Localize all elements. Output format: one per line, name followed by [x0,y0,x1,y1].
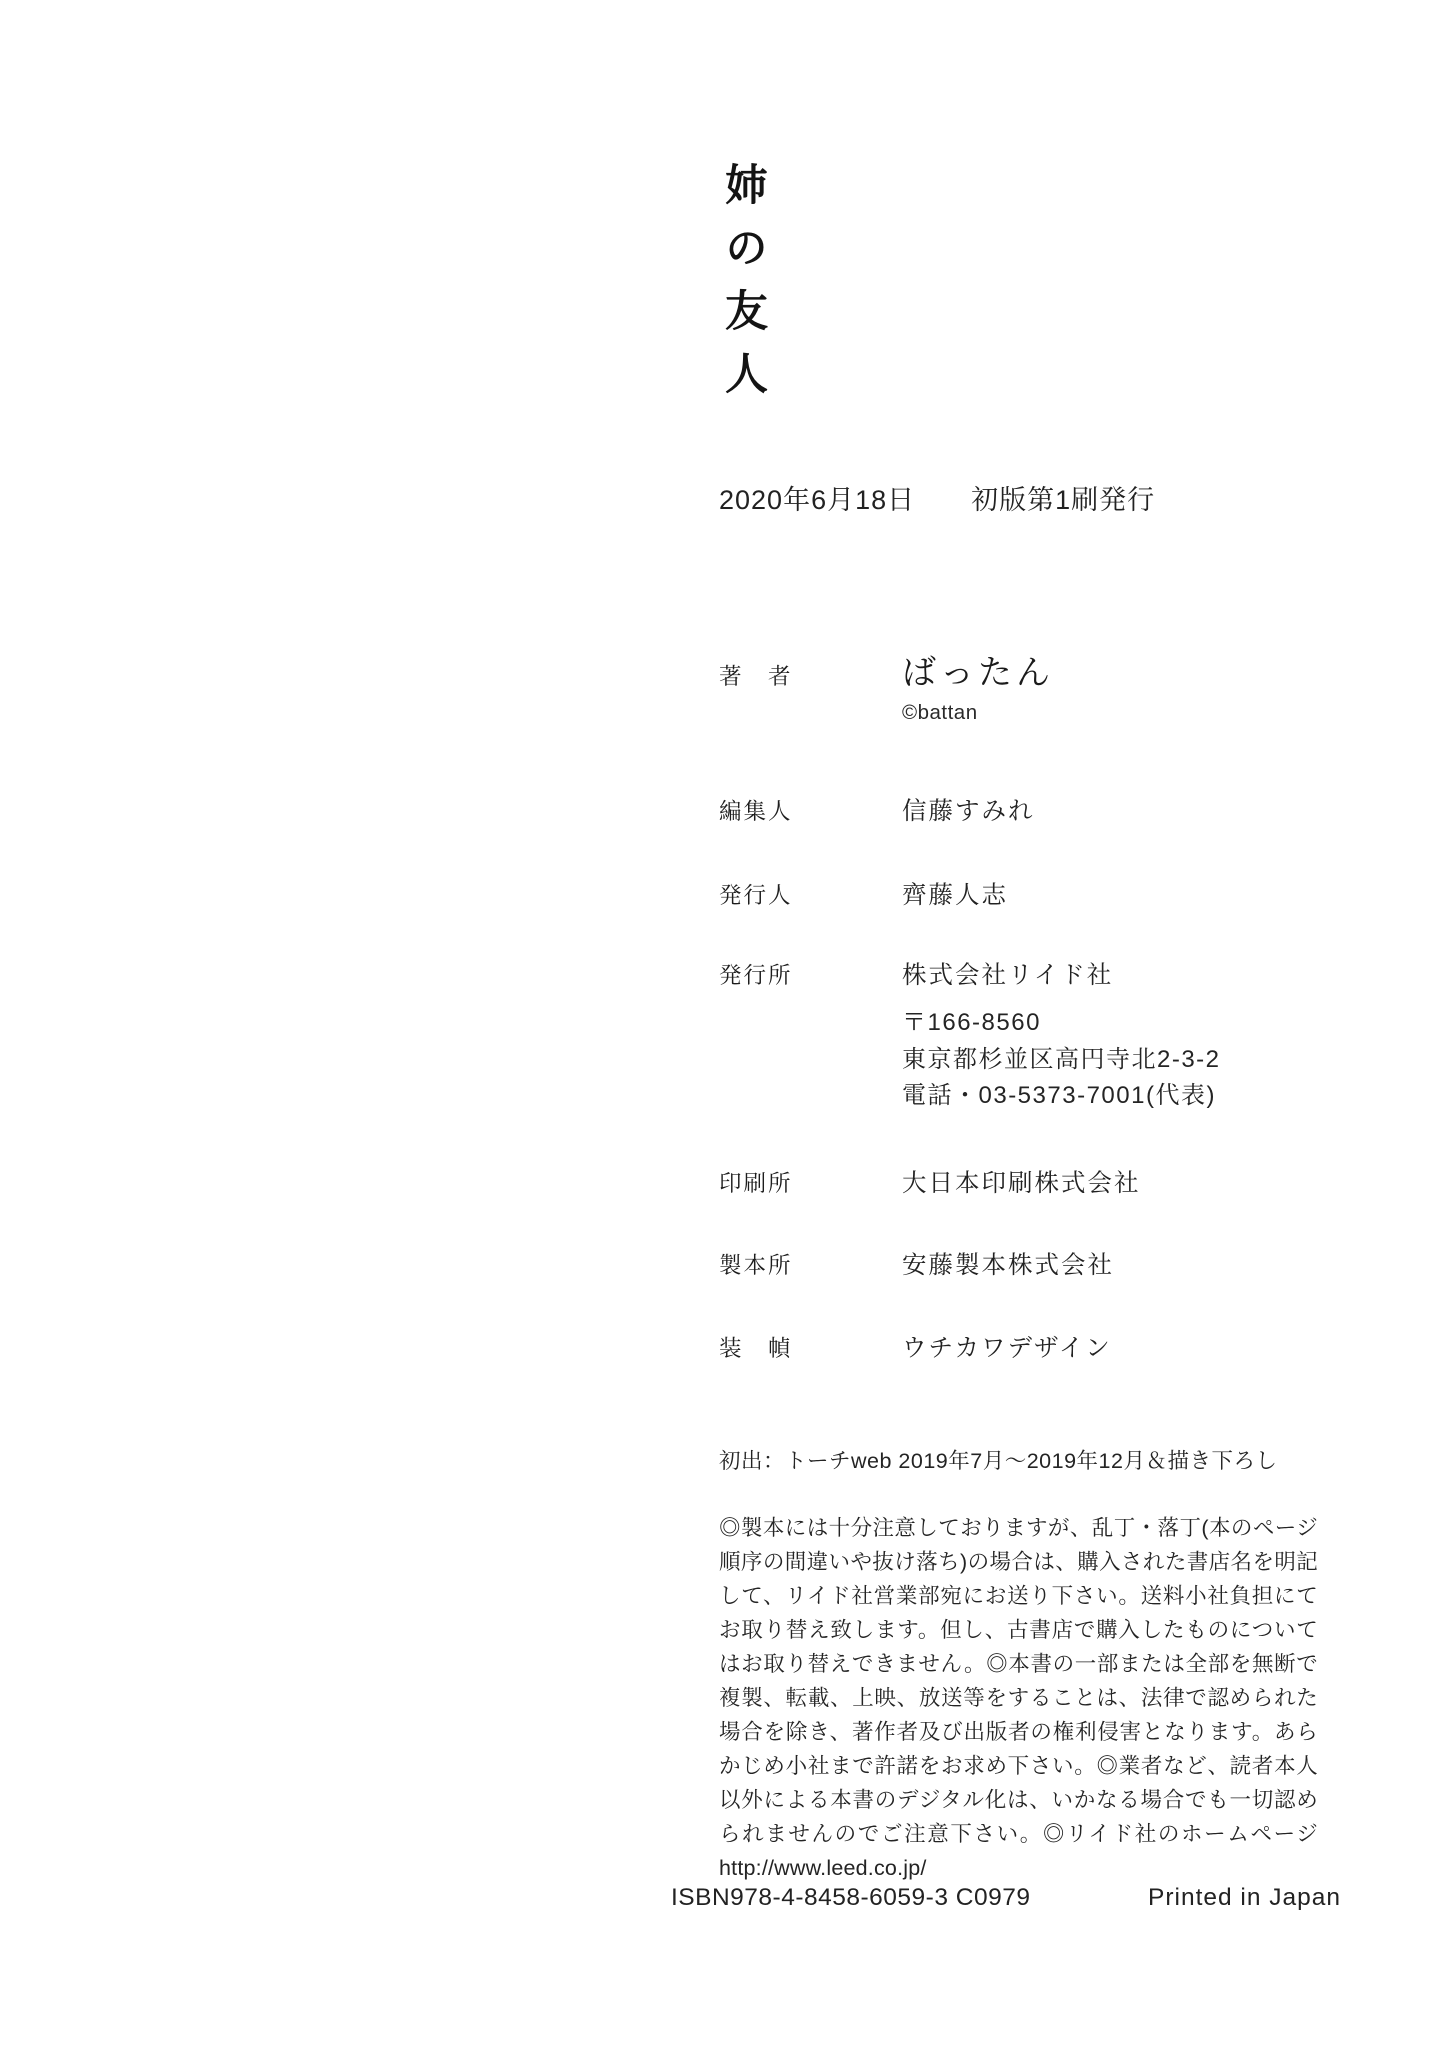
credit-label: 製本所 [719,1248,902,1280]
credit-label: 著 者 [719,659,902,691]
credit-label: 印刷所 [719,1166,902,1198]
designer-name: ウチカワデザイン [902,1329,1112,1364]
publisher-block: 株式会社リイド社 〒166-8560 東京都杉並区高円寺北2-3-2 電話・03… [902,956,1221,1115]
publisher-street-address: 東京都杉並区高円寺北2-3-2 [902,1042,1221,1079]
credit-label: 発行所 [719,958,902,990]
credit-row-bindery: 製本所 安藤製本株式会社 [719,1246,1114,1281]
bindery-name: 安藤製本株式会社 [902,1246,1114,1281]
isbn-code: ISBN978-4-8458-6059-3 C0979 [671,1884,1030,1912]
publisher-postal-code: 〒166-8560 [902,1005,1221,1042]
publisher-address: 〒166-8560 東京都杉並区高円寺北2-3-2 電話・03-5373-700… [902,1005,1221,1115]
credit-row-author: 著 者 ばったん ©battan [719,645,1054,725]
edition-date-line: 2020年6月18日 初版第1刷発行 [719,478,1155,517]
legal-notice: ◎製本には十分注意しておりますが、乱丁・落丁(本のページ順序の間違いや抜け落ち)… [719,1511,1318,1885]
credit-row-editor: 編集人 信藤すみれ [719,792,1035,827]
credit-label: 装 幀 [719,1331,902,1363]
printed-in-japan: Printed in Japan [1148,1884,1341,1912]
credit-row-issuer: 発行人 齊藤人志 [719,876,1008,911]
credit-row-printer: 印刷所 大日本印刷株式会社 [719,1164,1141,1199]
credit-label: 発行人 [719,878,902,910]
printer-name: 大日本印刷株式会社 [902,1164,1141,1199]
publisher-name: 株式会社リイド社 [902,956,1221,991]
first-publication-note: 初出：トーチweb 2019年7月〜2019年12月＆描き下ろし [719,1444,1277,1475]
publisher-phone: 電話・03-5373-7001(代表) [902,1078,1221,1115]
credit-row-design: 装 幀 ウチカワデザイン [719,1329,1112,1364]
issuer-name: 齊藤人志 [902,876,1008,911]
credit-row-publisher: 発行所 株式会社リイド社 〒166-8560 東京都杉並区高円寺北2-3-2 電… [719,956,1221,1115]
author-name: ばったん [902,645,1054,694]
book-title: 姉の友人 [712,162,773,414]
credit-value-block: ばったん ©battan [902,645,1054,725]
editor-name: 信藤すみれ [902,792,1035,827]
author-copyright: ©battan [902,701,1054,725]
colophon-page: 姉の友人 2020年6月18日 初版第1刷発行 著 者 ばったん ©battan… [0,0,1440,2048]
credit-label: 編集人 [719,794,902,826]
